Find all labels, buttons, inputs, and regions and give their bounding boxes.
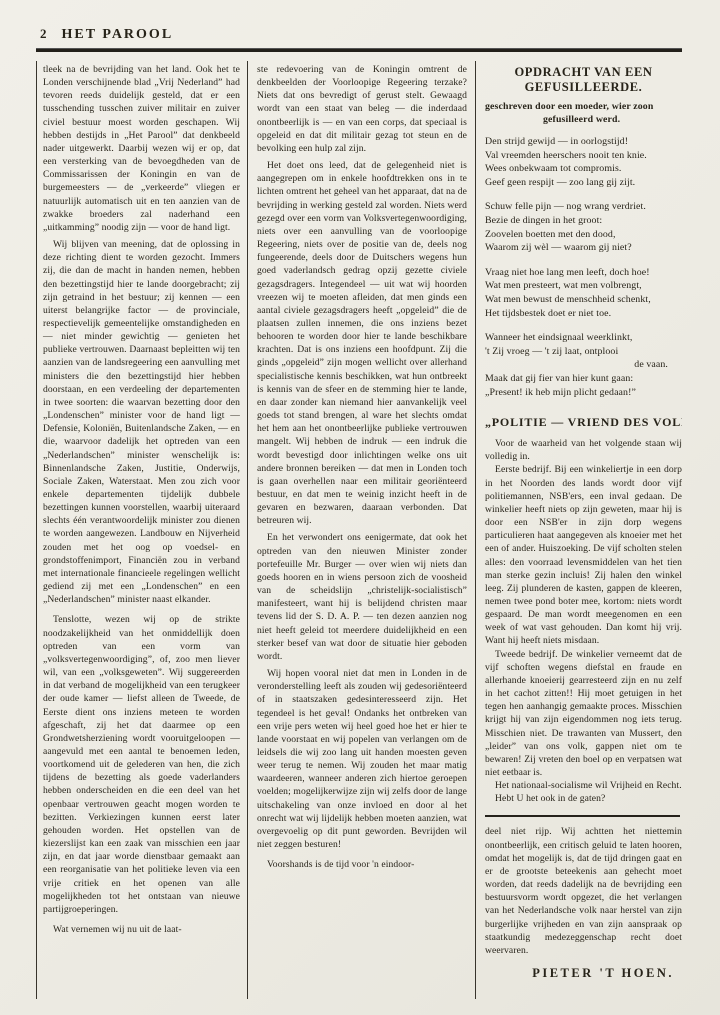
article-paragraph: Wat vernemen wij nu uit de laat- xyxy=(43,923,240,936)
column-middle: ste redevoering van de Koningin omtrent … xyxy=(248,61,476,999)
poem-line: Den strijd gewijd — in oorlogstijd! xyxy=(485,135,682,149)
article-paragraph: ste redevoering van de Koningin omtrent … xyxy=(257,63,467,155)
poem-line: Waarom zij wèl — waarom gij niet? xyxy=(485,241,682,255)
article-paragraph: Het doet ons leed, dat de gelegenheid ni… xyxy=(257,159,467,527)
column-right: OPDRACHT VAN EEN GEFUSIL­LEERDE. geschre… xyxy=(476,61,682,999)
poem-line: Wanneer het eindsignaal weerklinkt, xyxy=(485,331,682,345)
masthead-rule xyxy=(36,48,682,52)
article-paragraph: Wij hopen vooral niet dat men in Londen … xyxy=(257,667,467,851)
section-divider-rule xyxy=(485,815,680,817)
poem-line: Bezie de dingen in het groot: xyxy=(485,214,682,228)
poem-line: de vaan. xyxy=(485,358,682,372)
article-paragraph: Hebt U het ook in de gaten? xyxy=(485,792,682,805)
article-paragraph: En het verwondert ons eenigermate, dat o… xyxy=(257,531,467,663)
poem-stanza: Schuw felle pijn — nog wrang verdriet. B… xyxy=(485,200,682,254)
newspaper-page: 2 HET PAROOL tleek na de bevrijding van … xyxy=(0,0,720,1015)
poem-line: Geef geen respijt — zoo lang gij zijt. xyxy=(485,176,682,190)
poem-line: 't Zij vroeg — 't zij laat, ontplooi xyxy=(485,345,682,359)
politie-article-title: „POLITIE — VRIEND DES VOLKS” xyxy=(485,415,682,430)
article-paragraph: Tweede bedrijf. De winkelier verneemt da… xyxy=(485,648,682,780)
article-paragraph: Tenslotte, wezen wij op de strikte noodz… xyxy=(43,613,240,916)
paper-title: HET PAROOL xyxy=(62,27,174,43)
poem-line: Val vreemden heerschers nooit ten knie. xyxy=(485,149,682,163)
poem-line: Schuw felle pijn — nog wrang verdriet. xyxy=(485,200,682,214)
poem-line: „Present! ik heb mijn plicht gedaan!” xyxy=(485,386,682,400)
article-paragraph: Wij blijven van meening, dat de oplossin… xyxy=(43,238,240,606)
column-left: tleek na de bevrijding van het land. Ook… xyxy=(36,61,248,999)
poem-stanza: Wanneer het eindsignaal weerklinkt, 't Z… xyxy=(485,331,682,399)
page-number: 2 xyxy=(40,26,48,42)
poem-line: Wees onbekwaam tot compromis. xyxy=(485,162,682,176)
author-signature: PIETER 'T HOEN. xyxy=(485,966,682,981)
article-paragraph: Voorshands is de tijd voor 'n eindoor- xyxy=(257,858,467,871)
closing-paragraph: deel niet rijp. Wij achtten het niettemi… xyxy=(485,825,682,957)
poem-line: Maak dat gij fier van hier kunt gaan: xyxy=(485,372,682,386)
poem-stanza: Den strijd gewijd — in oorlogstijd! Val … xyxy=(485,135,682,189)
article-paragraph: Het nationaal-socialisme wil Vrijheid en… xyxy=(485,779,682,792)
poem-line: Wat men bewust de menschheid schenkt, xyxy=(485,293,682,307)
masthead: 2 HET PAROOL xyxy=(36,26,682,43)
article-paragraph: tleek na de bevrijding van het land. Ook… xyxy=(43,63,240,234)
poem-stanza: Vraag niet hoe lang men leeft, doch hoe!… xyxy=(485,266,682,320)
poem-line: Het tijdsbestek doet er niet toe. xyxy=(485,307,682,321)
poem-line: Vraag niet hoe lang men leeft, doch hoe! xyxy=(485,266,682,280)
article-paragraph: Voor de waarheid van het volgende staan … xyxy=(485,437,682,463)
article-paragraph: Eerste bedrijf. Bij een winkeliertje in … xyxy=(485,463,682,647)
poem-title: OPDRACHT VAN EEN GEFUSIL­LEERDE. xyxy=(485,65,682,95)
poem-line: Zoovelen boetten met den dood, xyxy=(485,228,682,242)
columns-container: tleek na de bevrijding van het land. Ook… xyxy=(36,61,682,999)
poem-byline: geschreven door een moeder, wier zoon ge… xyxy=(485,101,682,126)
poem-line: Wat men presteert, wat men volbrengt, xyxy=(485,279,682,293)
